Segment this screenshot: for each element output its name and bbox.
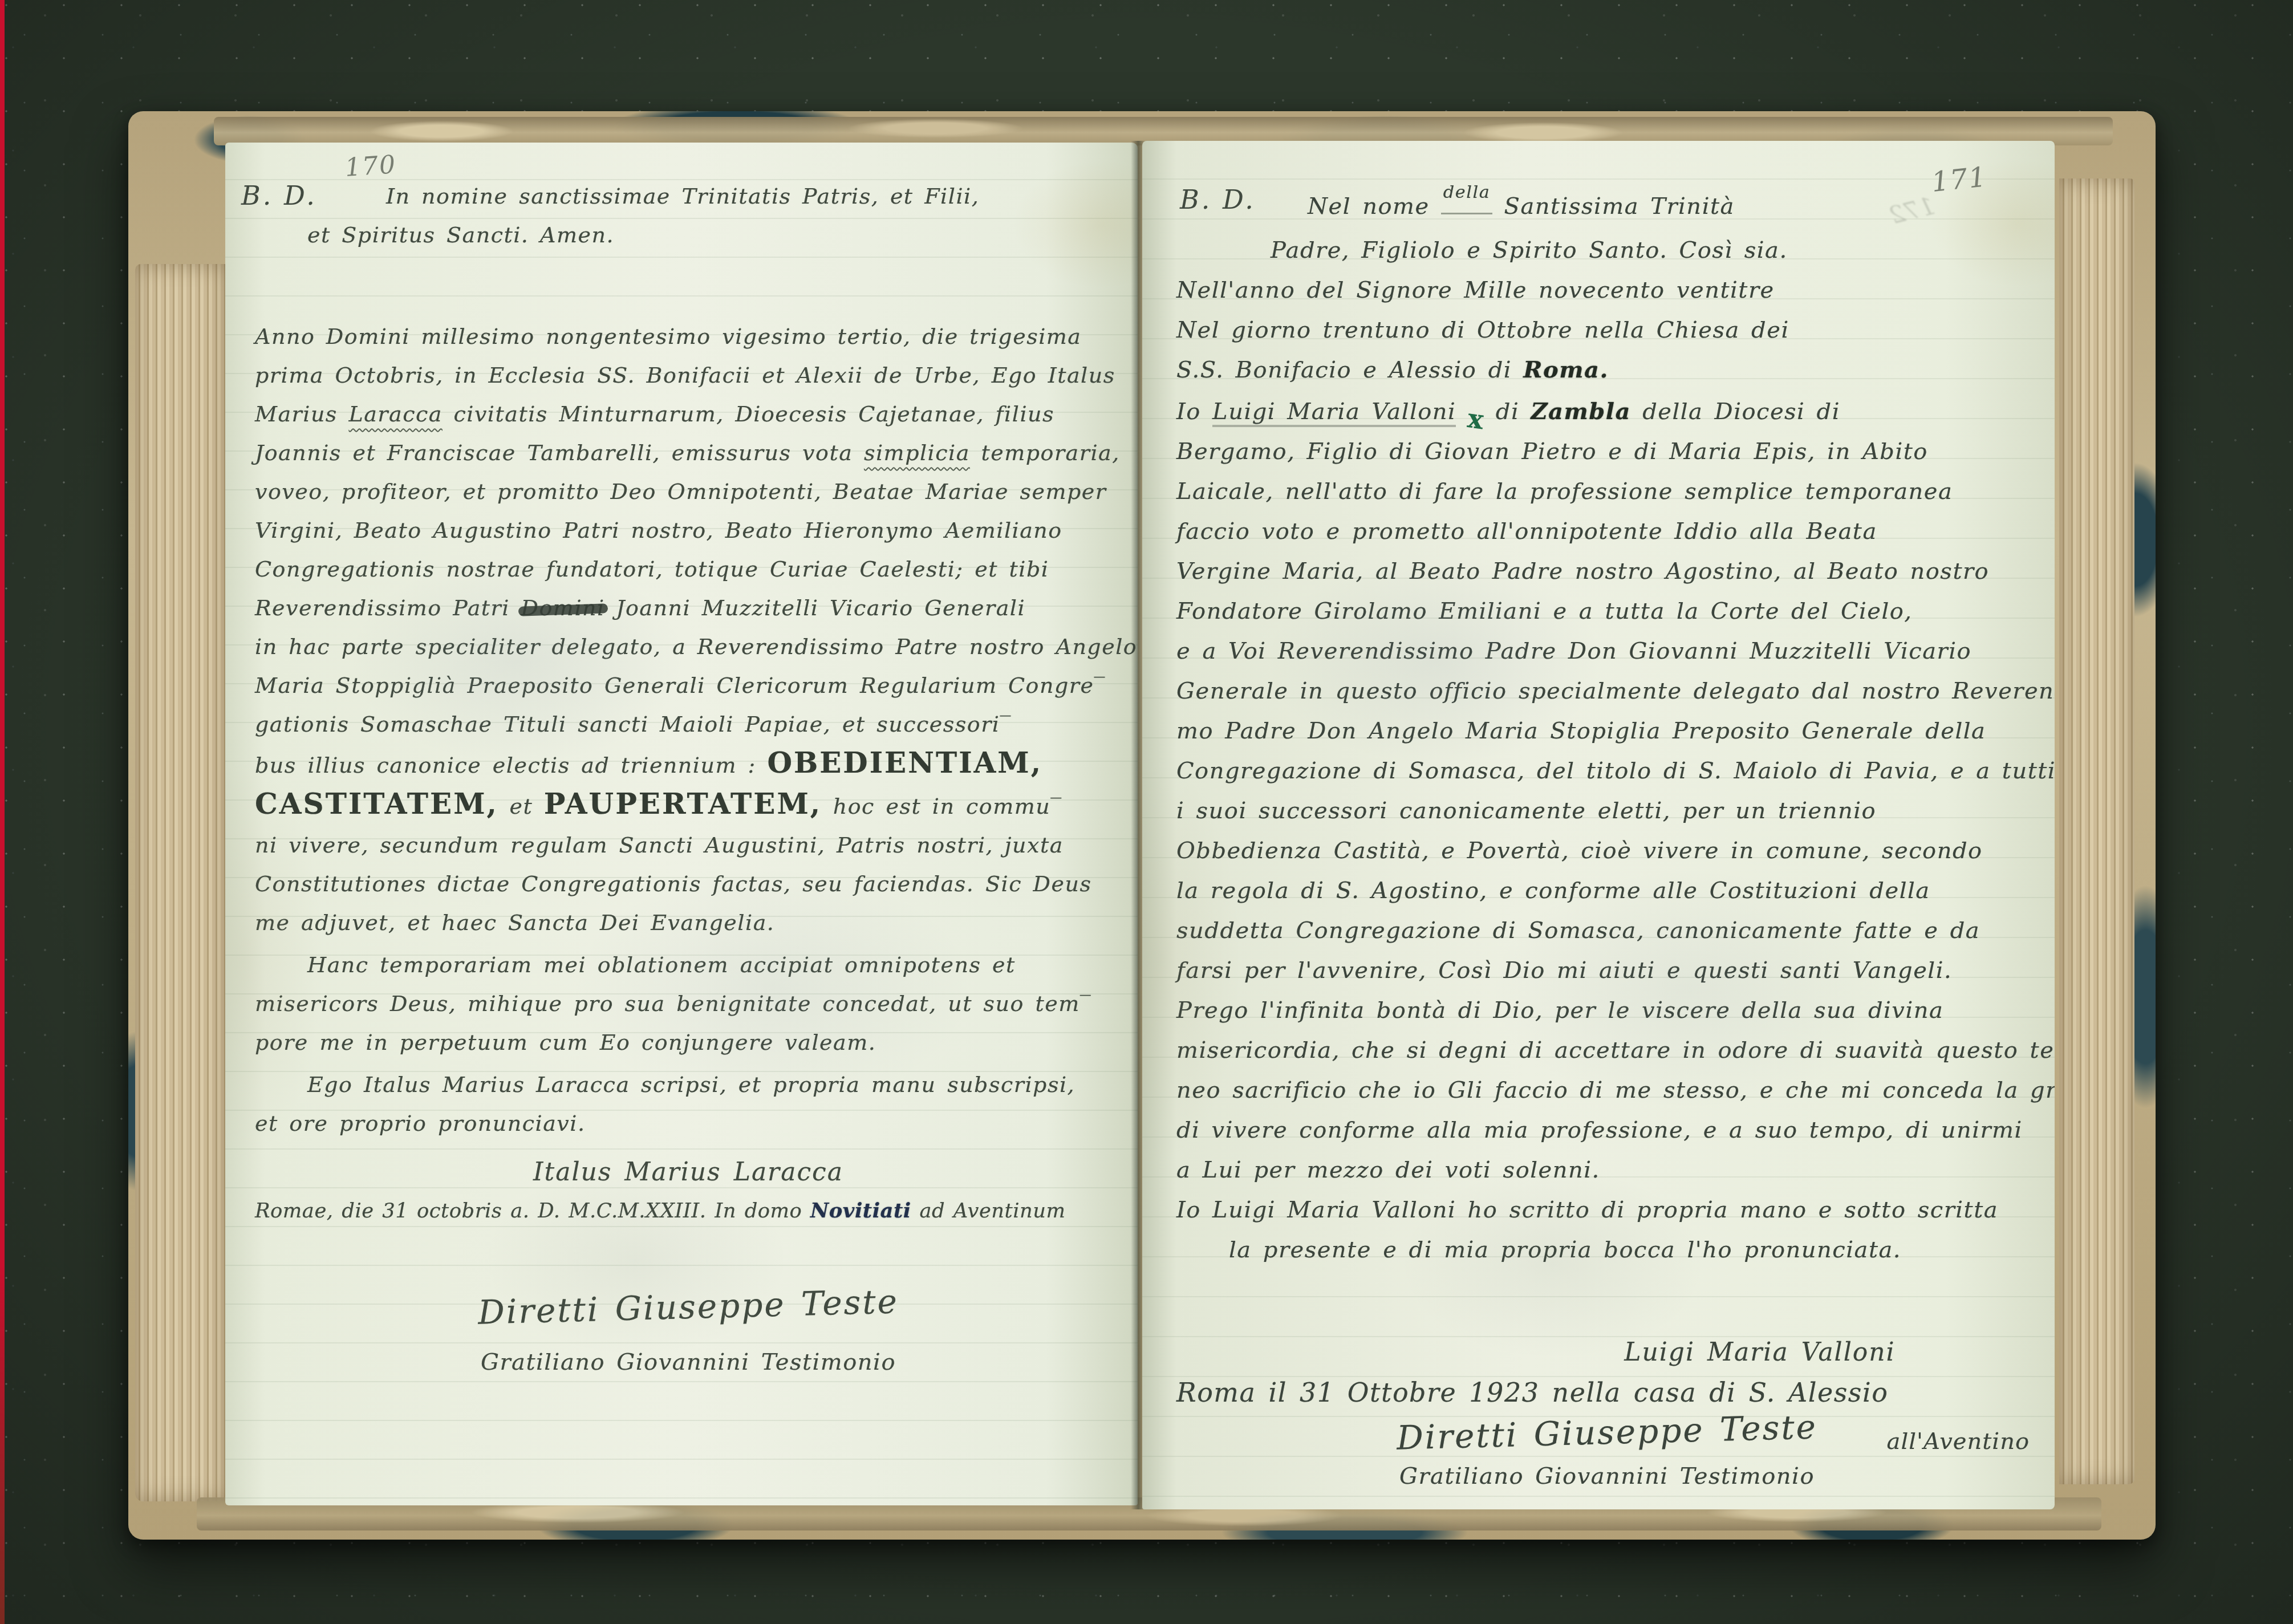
text-segment: della <box>1441 173 1493 214</box>
page-block-fore-edge-right <box>2059 178 2134 1484</box>
manuscript-line: Maria Stoppiglià Praeposito Generali Cle… <box>255 666 1122 705</box>
manuscript-line: i suoi successori canonicamente eletti, … <box>1176 791 2038 831</box>
text-segment: Novitiati <box>810 1199 911 1223</box>
text-segment: Congregationis nostrae fundatori, totiqu… <box>255 557 1049 582</box>
manuscript-line: mo Padre Don Angelo Maria Stopiglia Prep… <box>1176 711 2038 751</box>
text-segment: et Spiritus Sancti. Amen. <box>307 222 614 247</box>
manuscript-line: CASTITATEM, et PAUPERTATEM, hoc est in c… <box>255 785 1122 826</box>
manuscript-line: Gratiliano Giovannini Testimonio <box>255 1343 1122 1382</box>
text-segment: Maria Stoppiglià Praeposito Generali Cle… <box>255 673 1106 698</box>
manuscript-line: Ego Italus Marius Laracca scripsi, et pr… <box>255 1065 1122 1104</box>
manuscript-line: Diretti Giuseppe Teste <box>255 1288 1122 1330</box>
text-segment: Luigi Maria Valloni <box>1212 399 1456 427</box>
manuscript-line: Vergine Maria, al Beato Padre nostro Ago… <box>1176 551 2038 591</box>
text-segment: Nell'anno del Signore Mille novecento ve… <box>1176 277 1775 303</box>
text-segment: e a Voi Reverendissimo Padre Don Giovann… <box>1176 638 1971 664</box>
manuscript-line: Italus Marius Laracca <box>255 1153 1122 1192</box>
manuscript-line: prima Octobris, in Ecclesia SS. Bonifaci… <box>255 356 1122 395</box>
right-page: B. D. 171 172 Nel nome della Santissima … <box>1142 141 2055 1509</box>
manuscript-line: Padre, Figliolo e Spirito Santo. Così si… <box>1176 230 2038 270</box>
text-segment: Io Luigi Maria Valloni ho scritto di pro… <box>1176 1197 1998 1223</box>
text-segment: pore me in perpetuum cum Eo conjungere v… <box>255 1030 876 1055</box>
text-segment: hoc est in commu‾ <box>822 794 1062 819</box>
text-segment: i suoi successori canonicamente eletti, … <box>1176 798 1876 824</box>
manuscript-line: di vivere conforme alla mia professione,… <box>1176 1110 2038 1150</box>
manuscript-line: Hanc temporariam mei oblationem accipiat… <box>255 945 1122 984</box>
text-segment: temporaria, <box>970 440 1120 465</box>
text-segment: neo sacrificio che io Gli faccio di me s… <box>1176 1077 2055 1103</box>
text-segment: Marius <box>255 401 348 427</box>
manuscript-line: misericordia, che si degni di accettare … <box>1176 1030 2038 1070</box>
text-segment: Generale in questo officio specialmente … <box>1176 678 2055 704</box>
manuscript-line: Virgini, Beato Augustino Patri nostro, B… <box>255 511 1122 550</box>
text-segment: Constitutiones dictae Congregationis fac… <box>255 871 1091 896</box>
manuscript-line: faccio voto e prometto all'onnipotente I… <box>1176 511 2038 551</box>
manuscript-text-latin: In nomine sanctissimae Trinitatis Patris… <box>255 177 1122 1382</box>
text-segment: ni vivere, secundum regulam Sancti Augus… <box>255 833 1064 858</box>
manuscript-line: Laicale, nell'atto di fare la profession… <box>1176 472 2038 511</box>
manuscript-line: Nel giorno trentuno di Ottobre nella Chi… <box>1176 310 2038 350</box>
text-segment: Gratiliano Giovannini Testimonio <box>481 1349 896 1375</box>
text-segment: Io <box>1176 399 1212 425</box>
manuscript-line: Gratiliano Giovannini Testimonio <box>1176 1456 2038 1496</box>
text-segment: Fondatore Girolamo Emiliani e a tutta la… <box>1176 598 1913 624</box>
manuscript-line: la presente e di mia propria bocca l'ho … <box>1176 1230 2038 1270</box>
text-segment: la presente e di mia propria bocca l'ho … <box>1229 1237 1901 1263</box>
text-segment: Romae, die 31 octobris a. D. M.C.M.XXIII… <box>255 1199 810 1223</box>
text-segment: Hanc temporariam mei oblationem accipiat… <box>307 952 1016 977</box>
text-segment: Virgini, Beato Augustino Patri nostro, B… <box>255 518 1062 543</box>
text-segment: Italus Marius Laracca <box>533 1158 843 1187</box>
text-segment: OBEDIENTIAM, <box>767 746 1042 779</box>
manuscript-line: Diretti Giuseppe Testeall'Aventino <box>1176 1412 2038 1456</box>
manuscript-line: Nell'anno del Signore Mille novecento ve… <box>1176 270 2038 310</box>
manuscript-line: misericors Deus, mihique pro sua benigni… <box>255 984 1122 1023</box>
manuscript-line: Nel nome della Santissima Trinità <box>1176 186 2038 230</box>
text-segment: prima Octobris, in Ecclesia SS. Bonifaci… <box>255 363 1115 388</box>
scan-edge-strip <box>0 0 5 1624</box>
text-segment: Bergamo, Figlio di Giovan Pietro e di Ma… <box>1176 439 1928 465</box>
manuscript-line: Fondatore Girolamo Emiliani e a tutta la… <box>1176 591 2038 631</box>
text-segment: ad Aventinum <box>911 1199 1066 1223</box>
text-segment: di vivere conforme alla mia professione,… <box>1176 1117 2023 1143</box>
manuscript-line: S.S. Bonifacio e Alessio di Roma. <box>1176 350 2038 390</box>
manuscript-line: farsi per l'avvenire, Così Dio mi aiuti … <box>1176 951 2038 990</box>
manuscript-line: neo sacrificio che io Gli faccio di me s… <box>1176 1070 2038 1110</box>
text-segment: simplicia <box>864 440 970 465</box>
text-segment: et ore proprio pronunciavi. <box>255 1111 586 1136</box>
text-segment: la regola di S. Agostino, e conforme all… <box>1176 878 1930 904</box>
text-segment: suddetta Congregazione di Somasca, canon… <box>1176 917 1980 944</box>
text-segment: Anno Domini millesimo nongentesimo viges… <box>255 324 1081 349</box>
text-segment: farsi per l'avvenire, Così Dio mi aiuti … <box>1176 957 1952 984</box>
text-segment: Domini <box>521 595 605 620</box>
manuscript-line: e a Voi Reverendissimo Padre Don Giovann… <box>1176 631 2038 671</box>
text-segment: CASTITATEM, <box>255 787 498 821</box>
text-segment: Padre, Figliolo e Spirito Santo. Così si… <box>1271 237 1788 263</box>
text-segment: Roma il 31 Ottobre 1923 nella casa di S.… <box>1176 1377 1888 1408</box>
text-segment: me adjuvet, et haec Sancta Dei Evangelia… <box>255 910 774 935</box>
manuscript-line: gationis Somaschae Tituli sancti Maioli … <box>255 705 1122 744</box>
manuscript-line: bus illius canonice electis ad triennium… <box>255 744 1122 785</box>
manuscript-line: Joannis et Franciscae Tambarelli, emissu… <box>255 433 1122 472</box>
left-page: B. D. 170 In nomine sanctissimae Trinita… <box>225 143 1138 1505</box>
manuscript-line: Bergamo, Figlio di Giovan Pietro e di Ma… <box>1176 432 2038 472</box>
text-segment: Gratiliano Giovannini Testimonio <box>1399 1463 1815 1489</box>
text-segment: Reverendissimo Patri <box>255 595 521 620</box>
text-segment: Obbedienza Castità, e Povertà, cioè vive… <box>1176 838 1983 864</box>
manuscript-line: Reverendissimo Patri Domini Joanni Muzzi… <box>255 588 1122 627</box>
manuscript-line: a Lui per mezzo dei voti solenni. <box>1176 1150 2038 1190</box>
manuscript-line: Luigi Maria Valloni <box>1176 1333 2038 1373</box>
text-segment: Santissima Trinità <box>1492 193 1735 220</box>
manuscript-line: voveo, profiteor, et promitto Deo Omnipo… <box>255 472 1122 511</box>
open-register-book: B. D. 170 In nomine sanctissimae Trinita… <box>128 111 2156 1540</box>
text-segment: della Diocesi di <box>1631 399 1840 425</box>
text-segment: Nel giorno trentuno di Ottobre nella Chi… <box>1176 317 1789 343</box>
text-segment: PAUPERTATEM, <box>544 787 822 821</box>
manuscript-line: Generale in questo officio specialmente … <box>1176 671 2038 711</box>
text-segment: Ego Italus Marius Laracca scripsi, et pr… <box>307 1072 1075 1097</box>
text-segment: Joanni Muzzitelli Vicario Generali <box>605 595 1025 620</box>
text-segment: voveo, profiteor, et promitto Deo Omnipo… <box>255 479 1107 504</box>
text-segment: misericordia, che si degni di accettare … <box>1176 1037 2055 1063</box>
text-segment: Joannis et Franciscae Tambarelli, emissu… <box>255 440 864 465</box>
manuscript-line: et Spiritus Sancti. Amen. <box>255 216 1122 254</box>
manuscript-line: Prego l'infinita bontà di Dio, per le vi… <box>1176 990 2038 1030</box>
manuscript-line: Romae, die 31 octobris a. D. M.C.M.XXIII… <box>255 1192 1122 1231</box>
text-segment: Vergine Maria, al Beato Padre nostro Ago… <box>1176 558 1989 584</box>
manuscript-line: ni vivere, secundum regulam Sancti Augus… <box>255 826 1122 864</box>
manuscript-line: suddetta Congregazione di Somasca, canon… <box>1176 911 2038 951</box>
manuscript-line: in hac parte specialiter delegato, a Rev… <box>255 627 1122 666</box>
text-segment: Laracca <box>348 401 442 427</box>
text-segment: Diretti Giuseppe Teste <box>1396 1407 1818 1457</box>
manuscript-line: Congregationis nostrae fundatori, totiqu… <box>255 550 1122 588</box>
manuscript-line: Marius Laracca civitatis Minturnarum, Di… <box>255 395 1122 433</box>
text-segment: Prego l'infinita bontà di Dio, per le vi… <box>1176 997 1943 1024</box>
text-segment: S.S. Bonifacio e Alessio di <box>1176 357 1523 383</box>
text-segment: et <box>498 794 544 819</box>
manuscript-line: In nomine sanctissimae Trinitatis Patris… <box>255 177 1122 216</box>
text-segment: in hac parte specialiter delegato, a Rev… <box>255 634 1137 659</box>
manuscript-text-italian: Nel nome della Santissima TrinitàPadre, … <box>1176 186 2038 1496</box>
page-block-fore-edge-left <box>135 264 226 1501</box>
text-segment: di <box>1484 399 1531 425</box>
manuscript-line: Io Luigi Maria Valloni ho scritto di pro… <box>1176 1190 2038 1230</box>
manuscript-line: Constitutiones dictae Congregationis fac… <box>255 864 1122 903</box>
text-segment: Zambla <box>1531 398 1631 425</box>
manuscript-line: pore me in perpetuum cum Eo conjungere v… <box>255 1023 1122 1062</box>
manuscript-line: Congregazione di Somasca, del titolo di … <box>1176 751 2038 791</box>
manuscript-line: et ore proprio pronunciavi. <box>255 1104 1122 1143</box>
manuscript-line: Io Luigi Maria Valloni x di Zambla della… <box>1176 390 2038 432</box>
manuscript-line: me adjuvet, et haec Sancta Dei Evangelia… <box>255 903 1122 942</box>
text-segment: bus illius canonice electis ad triennium… <box>255 753 767 778</box>
text-segment: gationis Somaschae Tituli sancti Maioli … <box>255 712 1012 737</box>
manuscript-line: Anno Domini millesimo nongentesimo viges… <box>255 317 1122 356</box>
text-segment: mo Padre Don Angelo Maria Stopiglia Prep… <box>1176 718 1986 744</box>
text-segment: misericors Deus, mihique pro sua benigni… <box>255 991 1091 1016</box>
manuscript-line: Obbedienza Castità, e Povertà, cioè vive… <box>1176 831 2038 871</box>
text-segment: civitatis Minturnarum, Dioecesis Cajetan… <box>443 401 1054 427</box>
text-segment: faccio voto e prometto all'onnipotente I… <box>1176 518 1877 545</box>
text-segment: Laicale, nell'atto di fare la profession… <box>1176 478 1953 505</box>
text-segment: Roma. <box>1523 356 1609 383</box>
text-segment: In nomine sanctissimae Trinitatis Patris… <box>386 184 979 209</box>
manuscript-line: la regola di S. Agostino, e conforme all… <box>1176 871 2038 911</box>
text-segment: Diretti Giuseppe Teste <box>477 1282 899 1331</box>
text-segment: Nel nome <box>1308 193 1441 220</box>
text-segment: Congregazione di Somasca, del titolo di … <box>1176 758 2055 784</box>
manuscript-line: Roma il 31 Ottobre 1923 nella casa di S.… <box>1176 1373 2038 1412</box>
text-segment: Luigi Maria Valloni <box>1624 1338 1895 1367</box>
text-segment: a Lui per mezzo dei voti solenni. <box>1176 1157 1600 1183</box>
text-segment: all'Aventino <box>1887 1422 2030 1461</box>
text-segment <box>1456 399 1467 425</box>
